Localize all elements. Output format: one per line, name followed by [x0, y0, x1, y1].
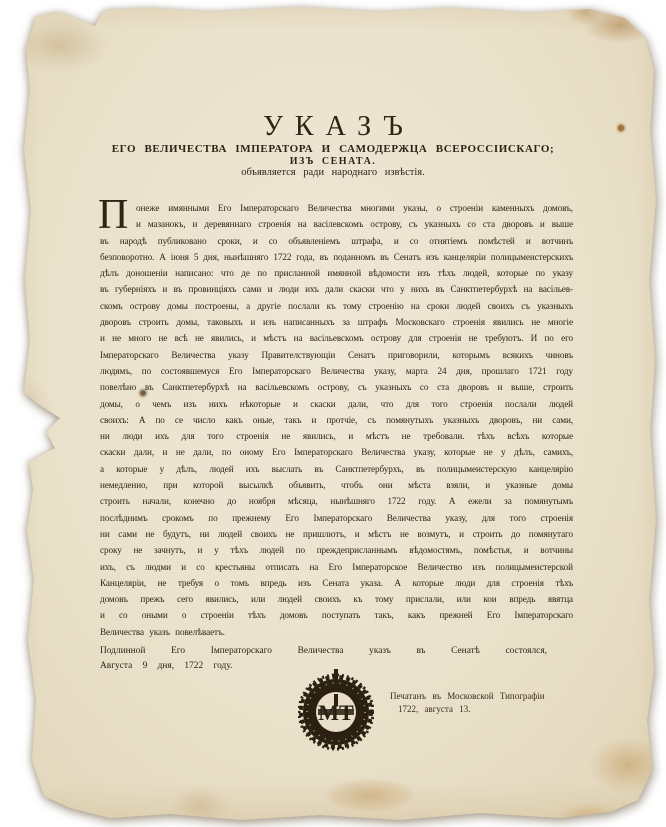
paper-shadow: УКАЗЪ ЕГО ВЕЛИЧЕСТВА ІМПЕРАТОРА И САМОДЕ…	[0, 0, 666, 827]
subtitle-majesty: ЕГО ВЕЛИЧЕСТВА ІМПЕРАТОРА И САМОДЕРЖЦА В…	[0, 143, 666, 155]
body-line: ни сами не будутъ, ни людей своихъ не пр…	[100, 526, 573, 542]
closing-line: Подлинной Его Імператорскаго Величества …	[100, 644, 547, 658]
body-line: Канцеляріи, не требуя о томъ впредь изъ …	[100, 575, 573, 591]
body-line: скаски дали, и не дали, по оному Его Імп…	[100, 444, 573, 460]
body-line: безповоротно. А іюня 5 дня, нынѣшняго 17…	[100, 249, 573, 265]
body-line: Величества указъ повелѣваетъ.	[100, 624, 573, 640]
subtitle-announcement: объявляется ради народнаго извѣстія.	[0, 167, 666, 178]
document-scan: УКАЗЪ ЕГО ВЕЛИЧЕСТВА ІМПЕРАТОРА И САМОДЕ…	[0, 0, 666, 827]
colophon-line: Печатанъ въ Московской Типографіи	[390, 690, 545, 703]
body-line: и мазанокъ, и деревяннаго строенія на ва…	[100, 216, 573, 232]
printer-emblem-icon: МТ	[298, 669, 374, 751]
paper-sheet: УКАЗЪ ЕГО ВЕЛИЧЕСТВА ІМПЕРАТОРА И САМОДЕ…	[0, 0, 666, 827]
body-line: а которые у дѣлъ, людей ихъ выслать въ С…	[100, 461, 573, 477]
decree-body: П онеже имянными Его Імператорскаго Вели…	[100, 200, 573, 640]
body-line: послѣднимъ срокомъ по прежнему Его Імпер…	[100, 510, 573, 526]
body-line: въ губерніяхъ и въ провинціяхъ сами и лю…	[100, 281, 573, 297]
body-line: домовъ прежъ сего явились, или людей сво…	[100, 591, 573, 607]
body-line: и со оными о строеніи тѣхъ домовъ поступ…	[100, 607, 573, 623]
body-line: ихъ, съ людми и со крестьяны отписать на…	[100, 559, 573, 575]
body-line: дворовъ строить домы, таковыхъ и изъ нап…	[100, 314, 573, 330]
body-line: ни люди ихъ для того строенія не явились…	[100, 428, 573, 444]
colophon: Печатанъ въ Московской Типографіи 1722, …	[390, 690, 545, 715]
body-line: людямъ, по состоявшемуся Его Імператорск…	[100, 363, 573, 379]
body-line: скомъ острову домы построены, а другіе п…	[100, 298, 573, 314]
body-line: Імператорскаго Величества указу Правител…	[100, 347, 573, 363]
colophon-date-line: 1722, августа 13.	[390, 703, 545, 716]
body-line: немедленно, при которой высылкѣ объявить…	[100, 477, 573, 493]
body-line: строить начали, конечно до ноября мѣсяца…	[100, 493, 573, 509]
body-line: своихъ: А по се число какъ оные, такъ и …	[100, 412, 573, 428]
body-line: дѣлъ доношеніи написано: что де по присл…	[100, 265, 573, 281]
body-line: сроку не зачнутъ, и у тѣхъ людей по преж…	[100, 542, 573, 558]
body-line: онеже имянными Его Імператорскаго Величе…	[100, 200, 573, 216]
page-title: УКАЗЪ	[0, 111, 666, 143]
body-line: въ народѣ публиковано сроки, и со объявл…	[100, 233, 573, 249]
body-line: домы, о чемъ изъ нихъ нѣкоторые и скаски…	[100, 396, 573, 412]
body-line: повелѣно въ Санктпетербурхѣ на васільевс…	[100, 379, 573, 395]
subtitle-senate: ИЗЪ СЕНАТА.	[0, 156, 666, 167]
body-line: и не много не всѣ не явились, и мѣстъ на…	[100, 330, 573, 346]
drop-cap: П	[98, 197, 128, 233]
